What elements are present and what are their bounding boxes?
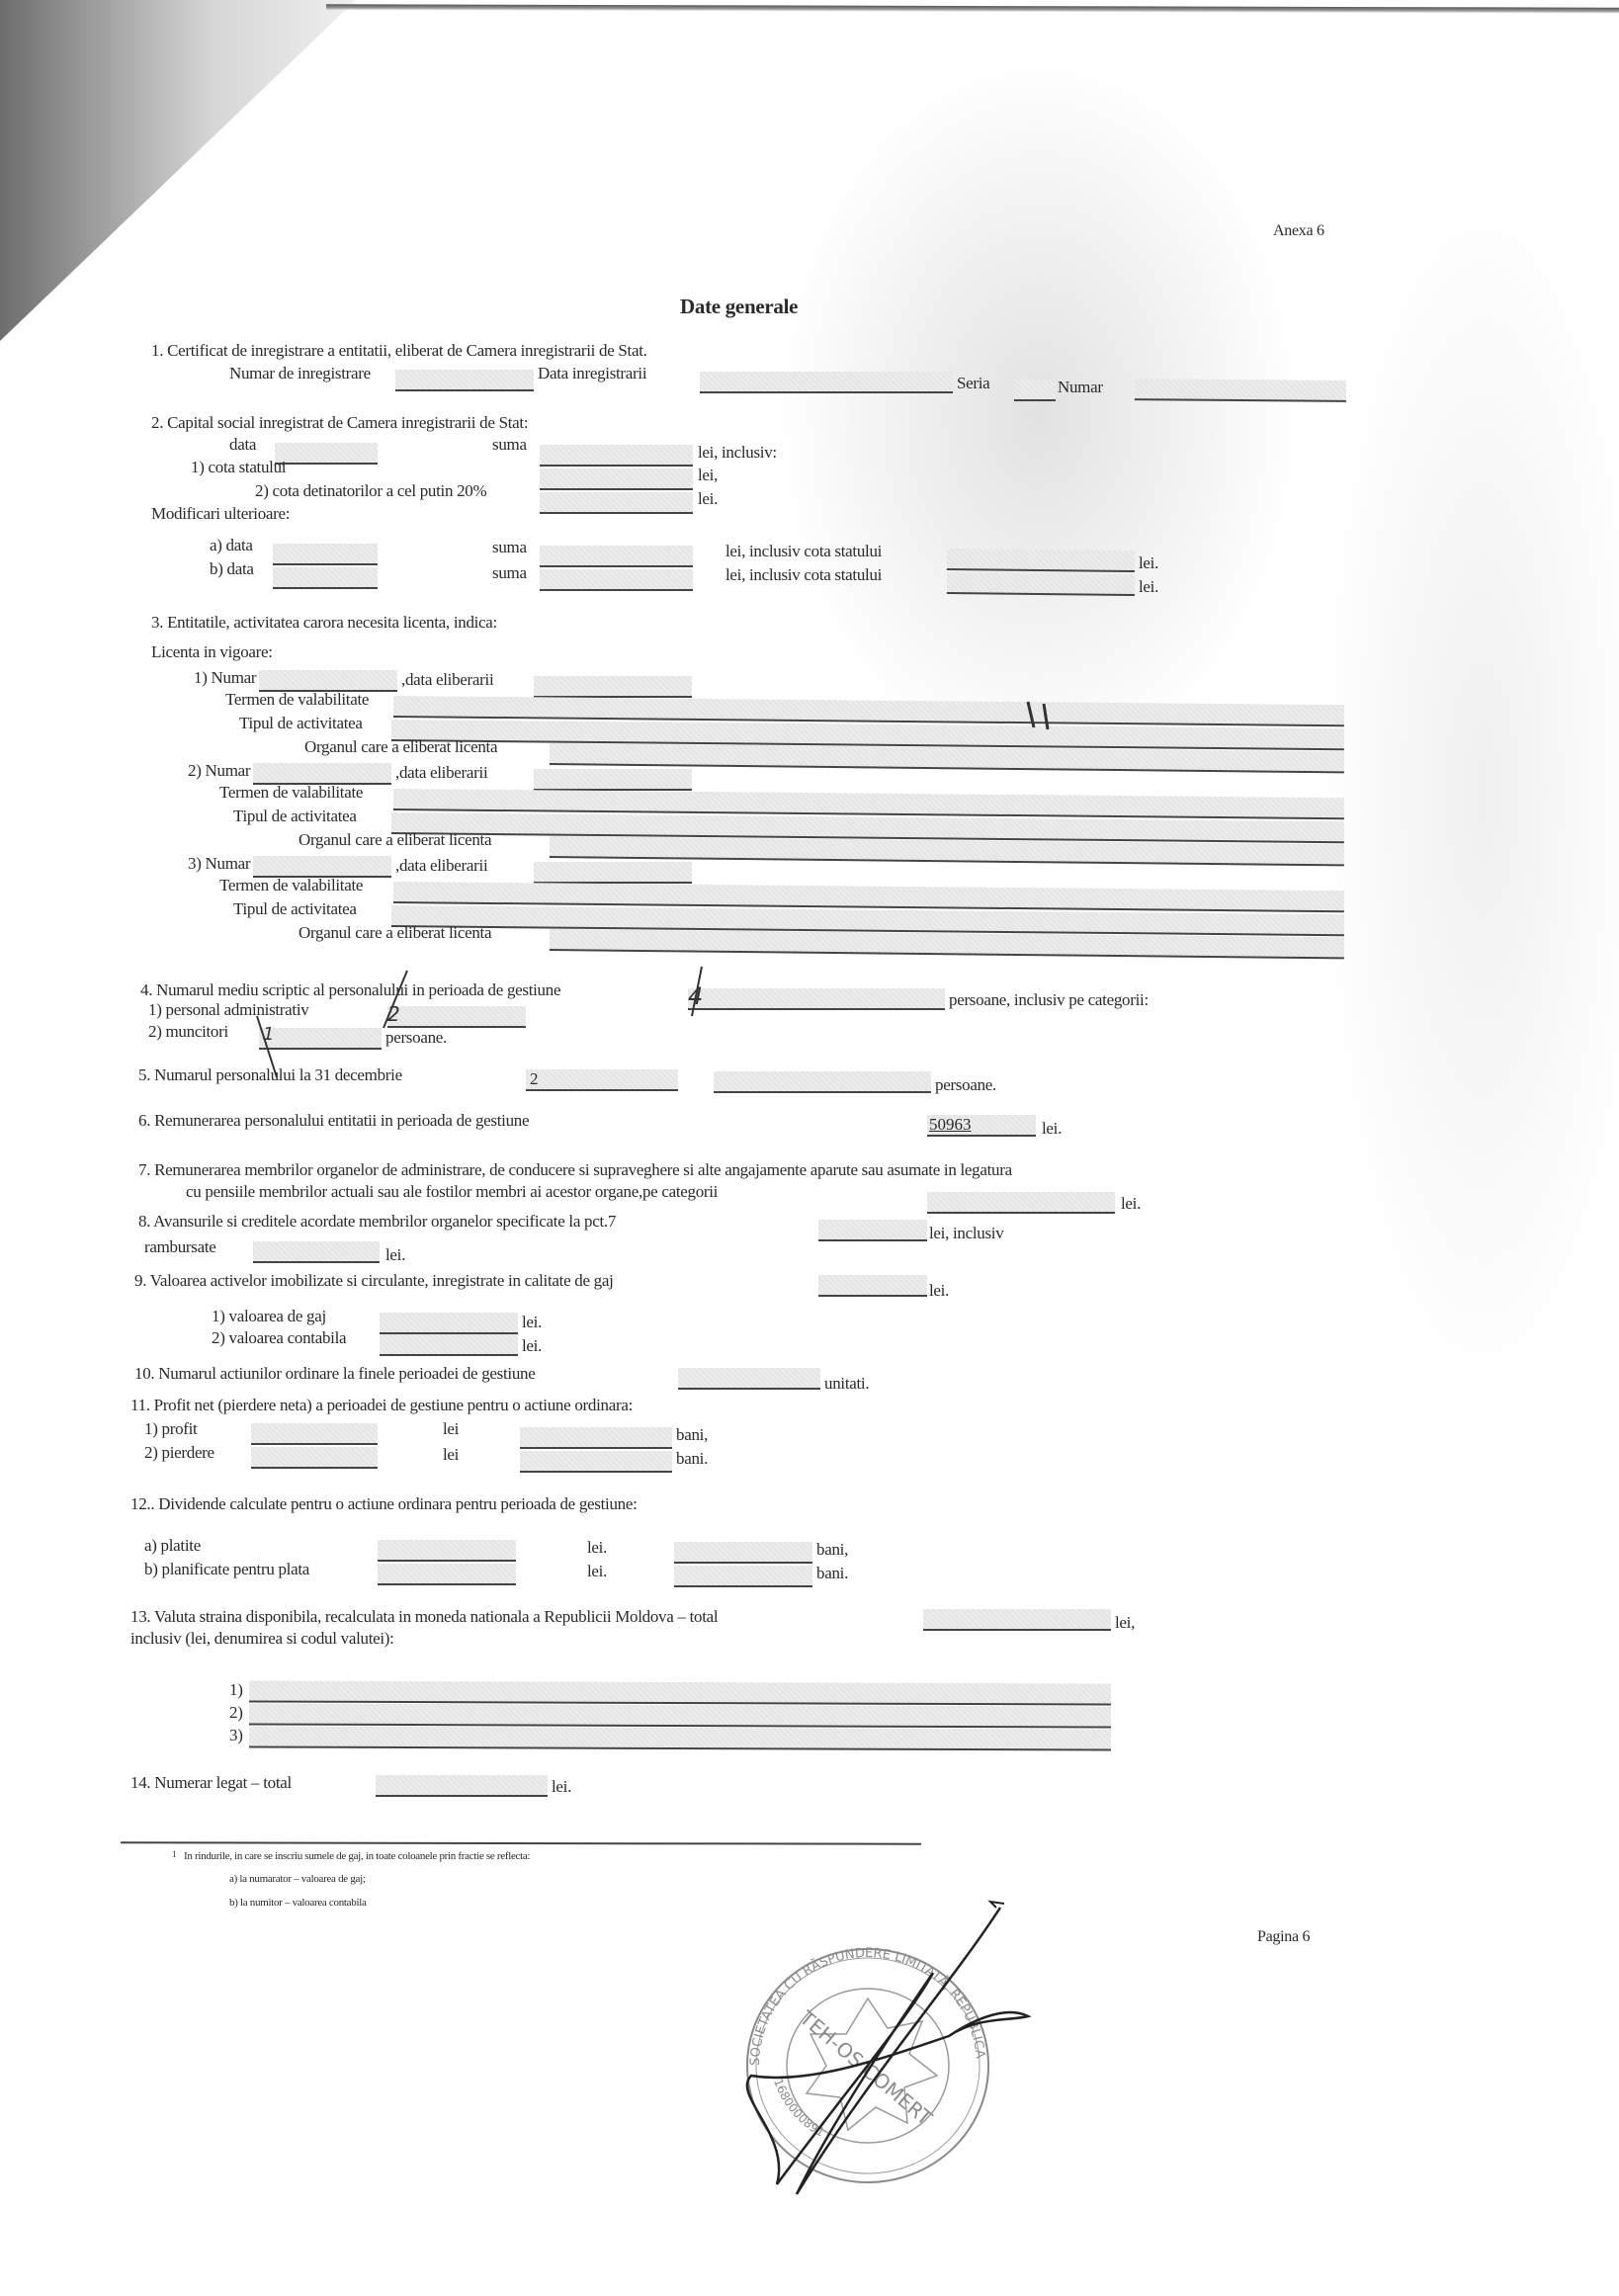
- certificate-number-field[interactable]: [1135, 379, 1346, 402]
- workers-suffix: persoane.: [385, 1028, 447, 1048]
- workers-label: 2) muncitori: [148, 1022, 228, 1042]
- license-validity-label: Termen de valabilitate: [219, 876, 363, 895]
- s12-heading: 12.. Dividende calculate pentru o actiun…: [130, 1494, 638, 1514]
- pledge-value-lei: lei.: [522, 1313, 542, 1332]
- avg-staff-suffix: persoane, inclusiv pe categorii:: [949, 990, 1149, 1010]
- license-issue-date-label: ,data eliberarii: [395, 856, 487, 876]
- currency-row-label: 2): [229, 1703, 243, 1723]
- loss-lei-label: lei: [443, 1445, 459, 1465]
- s3-heading: 3. Entitatile, activitatea carora necesi…: [151, 613, 497, 633]
- change-a-date-label: a) data: [210, 536, 253, 555]
- license-number-label: 3) Numar: [188, 854, 250, 874]
- holders-share-label: 2) cota detinatorilor a cel putin 20%: [255, 481, 486, 501]
- license-issue-date-label: ,data eliberarii: [401, 670, 493, 690]
- change-b-state-field[interactable]: [947, 572, 1135, 596]
- annex-label: Anexa 6: [1273, 221, 1324, 241]
- license-issuer-label: Organul care a eliberat licenta: [298, 923, 491, 943]
- remuneration-suffix: lei.: [1042, 1119, 1062, 1139]
- page-number: Pagina 6: [1257, 1927, 1310, 1947]
- capital-sum-field[interactable]: [540, 445, 693, 467]
- board-remuneration-field[interactable]: [927, 1192, 1115, 1214]
- s6-label: 6. Remunerarea personalului entitatii in…: [138, 1111, 529, 1131]
- pledge-value-field[interactable]: [380, 1313, 518, 1334]
- license-issue-date-field[interactable]: [534, 676, 692, 698]
- reg-date-label: Data inregistrarii: [538, 364, 646, 383]
- change-a-sum-field[interactable]: [540, 546, 693, 567]
- paid-bani-label: bani,: [816, 1540, 848, 1560]
- repaid-field[interactable]: [253, 1241, 380, 1263]
- license-activity-label: Tipul de activitatea: [239, 714, 363, 733]
- planned-bani-label: bani.: [816, 1564, 848, 1583]
- book-value-label: 2) valoarea contabila: [212, 1328, 346, 1348]
- avg-staff-field[interactable]: 4: [688, 988, 945, 1010]
- number-label: Numar: [1058, 378, 1103, 397]
- signature-icon: [0, 0, 1, 1]
- license-issue-date-label: ,data eliberarii: [395, 763, 487, 783]
- change-a-lei-state: lei, inclusiv cota statului: [725, 542, 882, 561]
- change-a-sum-label: suma: [492, 538, 527, 557]
- series-label: Seria: [957, 374, 989, 393]
- admin-staff-label: 1) personal administrativ: [148, 1000, 308, 1020]
- paid-label: a) platite: [144, 1536, 201, 1556]
- reg-number-field[interactable]: [395, 370, 534, 391]
- repaid-suffix: lei.: [385, 1245, 405, 1265]
- state-share-field[interactable]: [540, 468, 693, 490]
- remuneration-value: 50963: [929, 1115, 972, 1135]
- capital-date-field[interactable]: [275, 443, 378, 465]
- paid-bani-field[interactable]: [674, 1542, 812, 1564]
- planned-lei-field[interactable]: [378, 1564, 516, 1585]
- loss-lei-field[interactable]: [251, 1447, 378, 1469]
- profit-label: 1) profit: [144, 1419, 197, 1439]
- admin-staff-field[interactable]: 2: [387, 1006, 526, 1028]
- ordinary-shares-field[interactable]: [678, 1368, 820, 1390]
- series-field[interactable]: [1014, 380, 1056, 401]
- s2-heading: 2. Capital social inregistrat de Camera …: [151, 413, 528, 433]
- s10-label: 10. Numarul actiunilor ordinare la finel…: [134, 1364, 535, 1384]
- profit-lei-field[interactable]: [251, 1423, 378, 1445]
- change-b-sum-label: suma: [492, 563, 527, 583]
- planned-bani-field[interactable]: [674, 1566, 812, 1587]
- paid-lei-label: lei.: [587, 1538, 607, 1558]
- planned-label: b) planificate pentru plata: [144, 1560, 309, 1579]
- profit-lei-label: lei: [443, 1419, 459, 1439]
- profit-bani-field[interactable]: [520, 1427, 672, 1449]
- loss-label: 2) pierdere: [144, 1443, 214, 1463]
- repaid-label: rambursate: [144, 1237, 216, 1257]
- loss-bani-label: bani.: [676, 1449, 708, 1469]
- remuneration-field[interactable]: 50963: [927, 1115, 1036, 1137]
- workers-field[interactable]: 1: [259, 1028, 382, 1050]
- footnote-line-1: In rindurile, in care se inscriu sumele …: [184, 1849, 530, 1863]
- paid-lei-field[interactable]: [378, 1540, 516, 1562]
- license-validity-label: Termen de valabilitate: [219, 783, 363, 803]
- footnote-line-2: a) la numarator – valoarea de gaj;: [229, 1872, 366, 1886]
- change-b-date-label: b) data: [210, 559, 254, 579]
- book-value-field[interactable]: [380, 1334, 518, 1356]
- board-remuneration-suffix: lei.: [1121, 1194, 1141, 1214]
- license-issue-date-field[interactable]: [534, 862, 692, 884]
- staff-dec31-suffix: persoane.: [935, 1075, 996, 1095]
- s5-label: 5. Numarul personalului la 31 decembrie: [138, 1065, 402, 1085]
- s1-heading: 1. Certificat de inregistrare a entitati…: [151, 341, 647, 361]
- currency-row-field[interactable]: [249, 1703, 1111, 1728]
- s14-label: 14. Numerar legat – total: [130, 1773, 292, 1793]
- s8-label: 8. Avansurile si creditele acordate memb…: [138, 1212, 616, 1232]
- planned-lei-label: lei.: [587, 1562, 607, 1581]
- restricted-cash-field[interactable]: [376, 1775, 548, 1797]
- currency-row-field[interactable]: [249, 1680, 1111, 1705]
- advances-suffix: lei, inclusiv: [929, 1224, 1003, 1243]
- license-number-field[interactable]: [253, 856, 391, 878]
- state-share-lei: lei,: [698, 466, 718, 485]
- s11-heading: 11. Profit net (pierdere neta) a perioad…: [130, 1396, 633, 1415]
- ordinary-shares-suffix: unitati.: [824, 1374, 869, 1394]
- footnote-marker: 1: [172, 1847, 176, 1861]
- advances-field[interactable]: [818, 1220, 927, 1241]
- change-a-lei: lei.: [1139, 553, 1158, 573]
- license-issue-date-field[interactable]: [534, 769, 692, 791]
- s13-line2: inclusiv (lei, denumirea si codul valute…: [130, 1629, 394, 1649]
- capital-date-label: data: [229, 435, 256, 455]
- license-validity-label: Termen de valabilitate: [225, 690, 369, 710]
- pledge-value-label: 1) valoarea de gaj: [212, 1307, 326, 1326]
- license-in-force-label: Licenta in vigoare:: [151, 642, 273, 662]
- pledged-assets-field[interactable]: [818, 1275, 927, 1297]
- currency-row-label: 1): [229, 1680, 243, 1700]
- change-a-state-field[interactable]: [947, 549, 1135, 572]
- change-a-date-field[interactable]: [273, 544, 378, 565]
- reg-date-field[interactable]: [700, 372, 953, 393]
- footnote-divider: [121, 1841, 921, 1844]
- license-issuer-label: Organul care a eliberat licenta: [304, 737, 497, 757]
- footnote-line-3: b) la numitor – valoarea contabila: [229, 1896, 367, 1910]
- s13-line1: 13. Valuta straina disponibila, recalcul…: [130, 1607, 718, 1627]
- license-number-field[interactable]: [259, 670, 397, 692]
- license-number-label: 1) Numar: [194, 668, 256, 688]
- holders-share-lei: lei.: [698, 489, 718, 509]
- profit-bani-label: bani,: [676, 1425, 708, 1445]
- change-b-date-field[interactable]: [273, 567, 378, 589]
- state-share-label: 1) cota statului: [191, 458, 286, 477]
- change-b-sum-field[interactable]: [540, 569, 693, 591]
- foreign-currency-total-suffix: lei,: [1115, 1613, 1135, 1633]
- s9-label: 9. Valoarea activelor imobilizate si cir…: [134, 1271, 614, 1291]
- page-title: Date generale: [680, 297, 798, 316]
- foreign-currency-total-field[interactable]: [923, 1609, 1111, 1631]
- folded-page-corner: [0, 0, 356, 356]
- currency-row-label: 3): [229, 1726, 243, 1745]
- pledged-assets-suffix: lei.: [929, 1281, 949, 1301]
- currency-row-field[interactable]: [249, 1726, 1111, 1750]
- license-activity-label: Tipul de activitatea: [233, 807, 357, 826]
- change-b-lei: lei.: [1139, 577, 1158, 597]
- reg-number-label: Numar de inregistrare: [229, 364, 371, 383]
- staff-dec31-field-1[interactable]: 2: [526, 1069, 678, 1091]
- s4-heading: 4. Numarul mediu scriptic al personalulu…: [140, 980, 560, 1000]
- capital-sum-label: suma: [492, 435, 527, 455]
- later-changes-label: Modificari ulterioare:: [151, 504, 290, 524]
- book-value-lei: lei.: [522, 1336, 542, 1356]
- change-b-lei-state: lei, inclusiv cota statului: [725, 565, 882, 585]
- license-activity-label: Tipul de activitatea: [233, 899, 357, 919]
- page-top-edge: [326, 4, 1619, 13]
- s7-line1: 7. Remunerarea membrilor organelor de ad…: [138, 1160, 1012, 1180]
- staff-dec31-value-1: 2: [530, 1069, 539, 1089]
- s7-line2: cu pensiile membrilor actuali sau ale fo…: [186, 1182, 718, 1202]
- license-number-field[interactable]: [253, 763, 391, 785]
- license-issuer-label: Organul care a eliberat licenta: [298, 830, 491, 850]
- capital-lei-inclusive: lei, inclusiv:: [698, 443, 777, 463]
- restricted-cash-suffix: lei.: [552, 1777, 571, 1797]
- loss-bani-field[interactable]: [520, 1451, 672, 1473]
- holders-share-field[interactable]: [540, 492, 693, 514]
- license-number-label: 2) Numar: [188, 761, 250, 781]
- staff-dec31-field-2[interactable]: [714, 1071, 931, 1093]
